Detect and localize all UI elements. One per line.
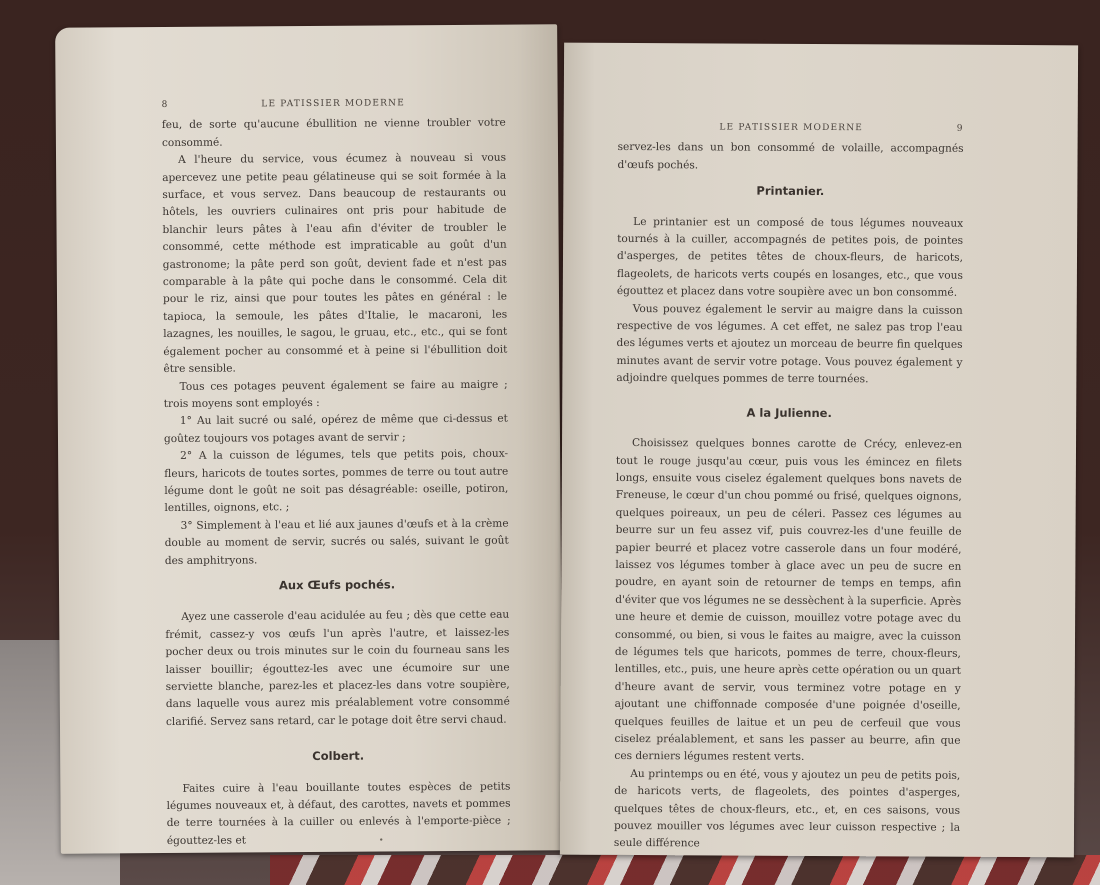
right-page: LE PATISSIER MODERNE 9 servez-les dans u…	[560, 43, 1078, 858]
section-heading-julienne: A la Julienne.	[616, 404, 962, 423]
left-page: 8 LE PATISSIER MODERNE feu, de sorte qu'…	[55, 24, 563, 853]
left-running-head: 8 LE PATISSIER MODERNE	[162, 95, 506, 115]
paragraph: feu, de sorte qu'aucune ébullition ne vi…	[162, 115, 506, 152]
paragraph: Ayez une casserole d'eau acidulée au feu…	[165, 607, 510, 731]
left-running-title: LE PATISSIER MODERNE	[169, 95, 498, 115]
paragraph: 3° Simplement à l'eau et lié aux jaunes …	[165, 515, 509, 570]
paragraph: A l'heure du service, vous écumez à nouv…	[162, 150, 508, 379]
paragraph: 1° Au lait sucré ou salé, opérez de même…	[164, 411, 508, 448]
signature-mark: •	[379, 835, 384, 844]
section-heading-printanier: Printanier.	[617, 182, 963, 201]
paragraph: Vous pouvez également le servir au maigr…	[616, 301, 962, 390]
paragraph: Le printanier est un composé de tous lég…	[617, 214, 963, 303]
right-page-number: 9	[957, 121, 964, 138]
paragraph: servez-les dans un bon consommé de volai…	[617, 139, 963, 176]
right-page-text-block: LE PATISSIER MODERNE 9 servez-les dans u…	[614, 119, 964, 855]
paragraph: Tous ces potages peuvent également se fa…	[164, 376, 508, 413]
right-running-title: LE PATISSIER MODERNE	[626, 119, 957, 138]
section-heading-colbert: Colbert.	[166, 747, 510, 767]
right-running-head: LE PATISSIER MODERNE 9	[618, 119, 964, 138]
tablecloth	[270, 855, 1100, 885]
paragraph: Au printemps ou en été, vous y ajoutez u…	[614, 766, 960, 855]
paragraph: 2° A la cuisson de légumes, tels que pet…	[164, 446, 508, 518]
paragraph: Choisissez quelques bonnes carotte de Cr…	[614, 435, 962, 768]
left-page-text-block: 8 LE PATISSIER MODERNE feu, de sorte qu'…	[162, 95, 511, 851]
section-heading-oeufs-poches: Aux Œufs pochés.	[165, 576, 509, 596]
paragraph: Faites cuire à l'eau bouillante toutes e…	[166, 778, 510, 850]
